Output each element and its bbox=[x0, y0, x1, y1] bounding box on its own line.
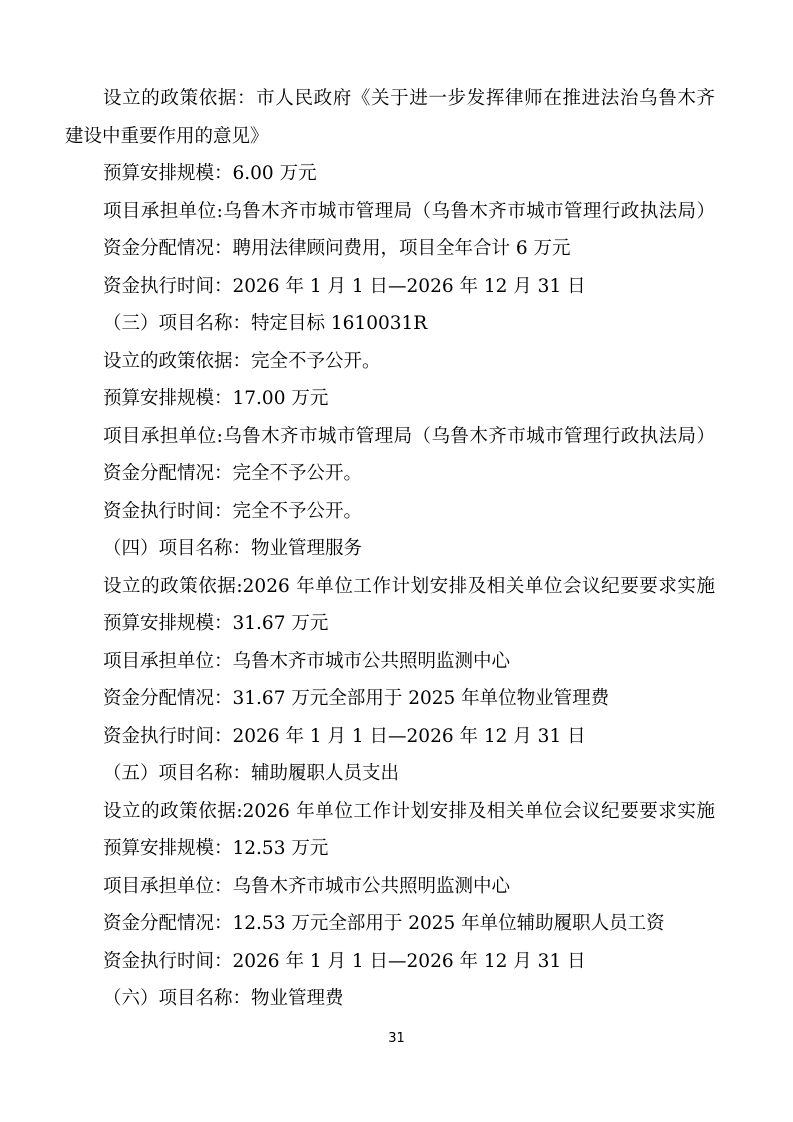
paragraph-line: 项目承担单位:乌鲁木齐市城市管理局（乌鲁木齐市城市管理行政执法局） bbox=[65, 418, 715, 456]
paragraph-line: 项目承担单位：乌鲁木齐市城市公共照明监测中心 bbox=[65, 643, 715, 681]
paragraph-line: （五）项目名称：辅助履职人员支出 bbox=[65, 755, 715, 793]
paragraph-line: 项目承担单位：乌鲁木齐市城市公共照明监测中心 bbox=[65, 868, 715, 906]
paragraph-line: 资金执行时间：2026 年 1 月 1 日—2026 年 12 月 31 日 bbox=[65, 268, 715, 306]
paragraph-line: 设立的政策依据：市人民政府《关于进一步发挥律师在推进法治乌鲁木齐 bbox=[65, 80, 715, 118]
document-body: 设立的政策依据：市人民政府《关于进一步发挥律师在推进法治乌鲁木齐建设中重要作用的… bbox=[65, 80, 715, 1018]
paragraph-line: 设立的政策依据:2026 年单位工作计划安排及相关单位会议纪要要求实施 bbox=[65, 793, 715, 831]
paragraph-line: 资金分配情况：12.53 万元全部用于 2025 年单位辅助履职人员工资 bbox=[65, 905, 715, 943]
paragraph-line: 预算安排规模：12.53 万元 bbox=[65, 830, 715, 868]
paragraph-line: 资金分配情况：完全不予公开。 bbox=[65, 455, 715, 493]
page-number: 31 bbox=[388, 1031, 405, 1046]
paragraph-line: 资金执行时间：2026 年 1 月 1 日—2026 年 12 月 31 日 bbox=[65, 718, 715, 756]
paragraph-line: 资金分配情况：聘用法律顾问费用，项目全年合计 6 万元 bbox=[65, 230, 715, 268]
paragraph-line: （三）项目名称：特定目标 1610031R bbox=[65, 305, 715, 343]
paragraph-line: 预算安排规模：17.00 万元 bbox=[65, 380, 715, 418]
document-page: 设立的政策依据：市人民政府《关于进一步发挥律师在推进法治乌鲁木齐建设中重要作用的… bbox=[0, 0, 793, 1122]
paragraph-line: 建设中重要作用的意见》 bbox=[65, 118, 715, 156]
paragraph-line: （六）项目名称：物业管理费 bbox=[65, 980, 715, 1018]
paragraph-line: 资金分配情况：31.67 万元全部用于 2025 年单位物业管理费 bbox=[65, 680, 715, 718]
page-footer: 31 bbox=[0, 1027, 793, 1046]
paragraph-line: 预算安排规模：6.00 万元 bbox=[65, 155, 715, 193]
paragraph-line: 资金执行时间：完全不予公开。 bbox=[65, 493, 715, 531]
paragraph-line: （四）项目名称：物业管理服务 bbox=[65, 530, 715, 568]
paragraph-line: 设立的政策依据:2026 年单位工作计划安排及相关单位会议纪要要求实施 bbox=[65, 568, 715, 606]
paragraph-line: 设立的政策依据：完全不予公开。 bbox=[65, 343, 715, 381]
paragraph-line: 项目承担单位:乌鲁木齐市城市管理局（乌鲁木齐市城市管理行政执法局） bbox=[65, 193, 715, 231]
paragraph-line: 预算安排规模：31.67 万元 bbox=[65, 605, 715, 643]
paragraph-line: 资金执行时间：2026 年 1 月 1 日—2026 年 12 月 31 日 bbox=[65, 943, 715, 981]
